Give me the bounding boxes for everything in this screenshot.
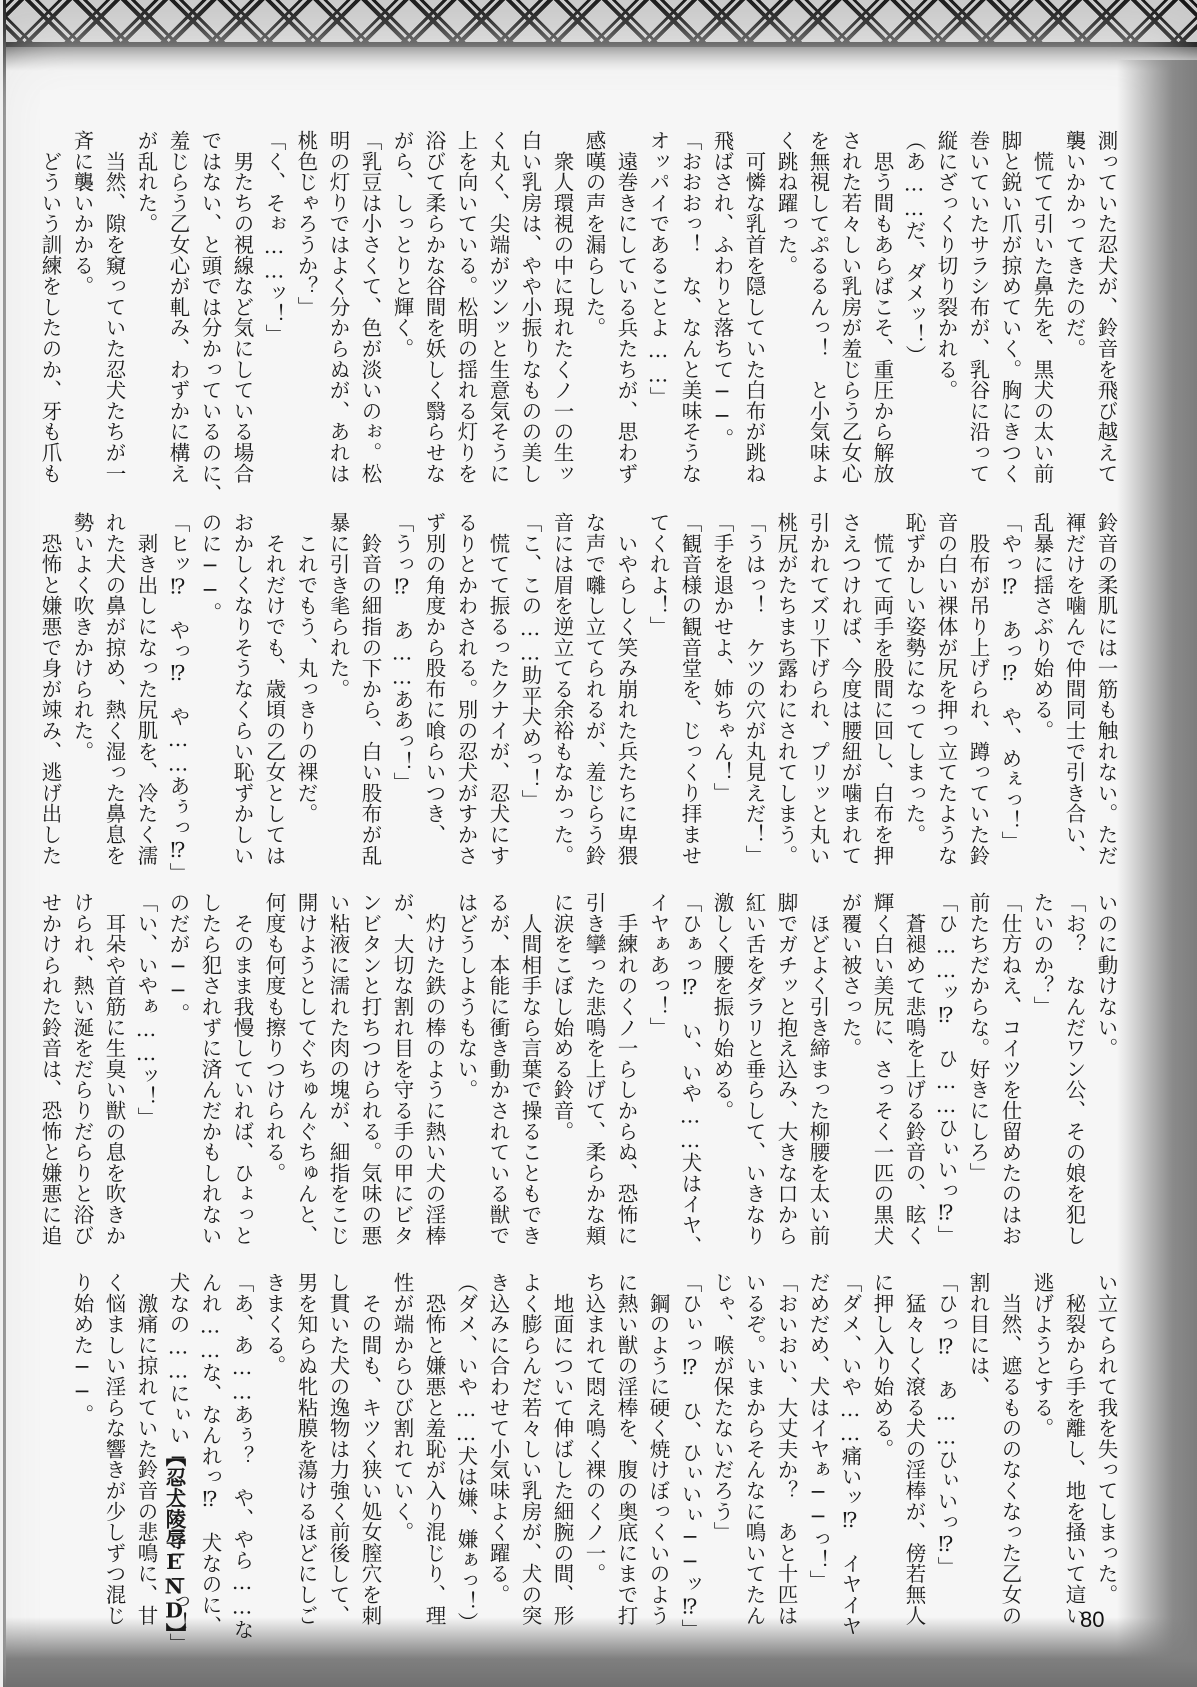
text-column: が乱れた。 (130, 130, 162, 502)
text-tier-2: 鈴音の柔肌には一筋も触れない。ただ褌だけを噛んで仲間同士で引き合い、乱暴に揺さぶ… (150, 512, 1122, 884)
text-column: 蒼褪めて悲鳴を上げる鈴音の、眩く (898, 892, 930, 1264)
text-column: てくれよ！」 (642, 512, 674, 884)
text-column: 「観音様の観音堂を、じっくり拝ませ (674, 512, 706, 884)
text-column: 「ダメ、いや……痛いッ⁉ イヤイヤ (834, 1272, 866, 1644)
text-column: その間も、キツく狭い処女膣穴を刺 (354, 1272, 386, 1644)
text-column: 激しく腰を振り始める。 (706, 892, 738, 1264)
text-column: ち込まれて悶え鳴く裸のくノ一。 (578, 1272, 610, 1644)
text-column: 猛々しく滾る犬の淫棒が、傍若無人 (898, 1272, 930, 1644)
text-column: 前たちだからな。好きにしろ」 (962, 892, 994, 1264)
text-column: いるぞ。いまからそんなに鳴いてたん (738, 1272, 770, 1644)
text-column: し貫いた犬の逸物は力強く前後して、 (322, 1272, 354, 1644)
text-column: 桃尻がたちまち露わにされてしまう。 (770, 512, 802, 884)
text-column: ンビタンと打ちつけられる。気味の悪 (354, 892, 386, 1264)
text-column: 「ヒッ⁉ やっ⁉ や……あぅっ⁉」 (162, 512, 194, 884)
text-column: イヤぁあっ！」 (642, 892, 674, 1264)
text-column: 可憐な乳首を隠していた白布が跳ね (738, 130, 770, 502)
text-column: 男を知らぬ牝粘膜を蕩けるほどにしご (290, 1272, 322, 1644)
text-column: 羞じらう乙女心が軋み、わずかに構え (162, 130, 194, 502)
text-column: された若々しい乳房が羞じらう乙女心 (834, 130, 866, 502)
text-column: これでもう、丸っきりの裸だ。 (290, 512, 322, 884)
diamond-lattice-header-border (6, 0, 1197, 47)
text-column: 引かれてズリ下げられ、プリッと丸い (802, 512, 834, 884)
text-column: い粘液に濡れた肉の塊が、細指をこじ (322, 892, 354, 1264)
text-column: ほどよく引き締まった柳腰を太い前 (802, 892, 834, 1264)
text-column: 「お？ なんだワン公、その娘を犯し (1058, 892, 1090, 1264)
text-column: 音の白い裸体が尻を押っ立てたような (930, 512, 962, 884)
text-column: ず別の角度から股布に喰らいつき、 (418, 512, 450, 884)
text-column: 人間相手なら言葉で操ることもでき (514, 892, 546, 1264)
text-column: ではない、と頭では分かっているのに、 (194, 130, 226, 502)
text-column: それだけでも、歳頃の乙女としては (258, 512, 290, 884)
text-column: 性が端からひび割れていく。 (386, 1272, 418, 1644)
text-column: を無視してぷるるんっ！ と小気味よ (802, 130, 834, 502)
text-column: 斉に襲いかかる。 (66, 130, 98, 502)
text-column: 灼けた鉄の棒のように熱い犬の淫棒 (418, 892, 450, 1264)
text-column: が覆い被さった。 (834, 892, 866, 1264)
text-column: はどうしようもない。 (450, 892, 482, 1264)
text-column: 思う間もあらばこそ、重圧から解放 (866, 130, 898, 502)
text-column: 当然、遮るもののなくなった乙女の (994, 1272, 1026, 1644)
text-column: 脚と鋭い爪が掠めていく。胸にきつく (994, 130, 1026, 502)
text-tier-4: い立てられて我を失ってしまった。 秘裂から手を離し、地を掻いて這い逃げようとする… (150, 1272, 1122, 1644)
text-column: したら犯されずに済んだかもしれない (194, 892, 226, 1264)
text-column: 割れ目には、 (962, 1272, 994, 1644)
text-column: 衆人環視の中に現れたくノ一の生ッ (546, 130, 578, 502)
text-column: （ダメ、いや……犬は嫌、嫌ぁっ！） (450, 1272, 482, 1644)
text-tier-1: 測っていた忍犬が、鈴音を飛び越えて襲いかかってきたのだ。 慌てて引いた鼻先を、黒… (150, 130, 1122, 502)
text-column: いのに動けない。 (1090, 892, 1122, 1264)
text-column: るりとかわされる。別の忍犬がすかさ (450, 512, 482, 884)
text-column: せかけられた鈴音は、恐怖と嫌悪に追 (34, 892, 66, 1264)
text-column: 「うはっ！ ケツの穴が丸見えだ！」 (738, 512, 770, 884)
header-shadow (6, 47, 1197, 71)
text-column: れた犬の鼻が掠め、熱く湿った鼻息を (98, 512, 130, 884)
right-vignette (1117, 60, 1197, 1687)
text-column: 鈴音の柔肌には一筋も触れない。ただ (1090, 512, 1122, 884)
end-mark: 【忍犬陵辱END】 (150, 1446, 190, 1644)
text-column: 「こ、この……助平犬めっ！」 (514, 512, 546, 884)
text-column: 浴びて柔らかな谷間を妖しく翳らせな (418, 130, 450, 502)
text-column: きまくる。 (258, 1272, 290, 1644)
text-column: に涙をこぼし始める鈴音。 (546, 892, 578, 1264)
text-column: 「ひ……ッ⁉ ひ……ひぃいっ⁉」 (930, 892, 962, 1264)
text-column: オッパイであることよ……」 (642, 130, 674, 502)
text-column: 「おおおっ！ な、なんと美味そうな (674, 130, 706, 502)
text-column: 手練れのくノ一らしからぬ、恐怖に (610, 892, 642, 1264)
text-column: 当然、隙を窺っていた忍犬たちが一 (98, 130, 130, 502)
text-column: 「く、そぉ……ッ！」 (258, 130, 290, 502)
text-column: 脚でガチッと抱え込み、大きな口から (770, 892, 802, 1264)
text-column: 桃色じゃろうか？」 (290, 130, 322, 502)
text-column: じゃ、喉が保たないだろう」 (706, 1272, 738, 1644)
text-column: 「乳豆は小さくて、色が淡いのぉ。松 (354, 130, 386, 502)
text-column: 「い、いやぁ……ッ！」 (130, 892, 162, 1264)
text-column: 感嘆の声を漏らした。 (578, 130, 610, 502)
text-column: く跳ね躍った。 (770, 130, 802, 502)
text-column: 巻いていたサラシ布が、乳谷に沿って (962, 130, 994, 502)
left-border-line (3, 0, 6, 1687)
text-column: 褌だけを噛んで仲間同士で引き合い、 (1058, 512, 1090, 884)
text-column: 「手を退かせよ、姉ちゃん！」 (706, 512, 738, 884)
text-column: 股布が吊り上げられ、蹲っていた鈴 (962, 512, 994, 884)
text-column: 測っていた忍犬が、鈴音を飛び越えて (1090, 130, 1122, 502)
text-column: 「ひぃっ⁉ ひ、ひぃいぃ──ッ⁉」 (674, 1272, 706, 1644)
text-column: 鈴音の細指の下から、白い股布が乱 (354, 512, 386, 884)
text-column: 何度も何度も擦りつけられる。 (258, 892, 290, 1264)
text-column: 「あ、あ……あぅ？ や、やら……な (226, 1272, 258, 1644)
text-column: 「やっ⁉ あっ⁉ や、めぇっ！」 (994, 512, 1026, 884)
text-column: な声で囃し立てられるが、羞じらう鈴 (578, 512, 610, 884)
text-column: 乱暴に揺さぶり始める。 (1026, 512, 1058, 884)
text-column: 「ひぁっ⁉ い、いや……犬はイヤ、 (674, 892, 706, 1264)
text-column: 慌てて振るったクナイが、忍犬にす (482, 512, 514, 884)
text-column: 男たちの視線など気にしている場合 (226, 130, 258, 502)
text-column: 慌てて両手を股間に回し、白布を押 (866, 512, 898, 884)
text-column: だめだめ、犬はイヤぁ──っ！」 (802, 1272, 834, 1644)
text-column: 上を向いている。松明の揺れる灯りを (450, 130, 482, 502)
text-column: いやらしく笑み崩れた兵たちに卑猥 (610, 512, 642, 884)
text-tier-3: いのに動けない。「お？ なんだワン公、その娘を犯したいのか？」「仕方ねえ、コイツ… (150, 892, 1122, 1264)
text-column: に押し入り始める。 (866, 1272, 898, 1644)
text-column: 恐怖と嫌悪と羞恥が入り混じり、理 (418, 1272, 450, 1644)
text-column: 恥ずかしい姿勢になってしまった。 (898, 512, 930, 884)
text-column: 逃げようとする。 (1026, 1272, 1058, 1644)
text-column: どういう訓練をしたのか、牙も爪も (34, 130, 66, 502)
text-column: がら、しっとりと輝く。 (386, 130, 418, 502)
text-column: に熱い獣の淫棒を、腹の奥底にまで打 (610, 1272, 642, 1644)
text-column: 秘裂から手を離し、地を掻いて這い (1058, 1272, 1090, 1644)
text-column: 音には眉を逆立てる余裕もなかった。 (546, 512, 578, 884)
text-column: のだが──。 (162, 892, 194, 1264)
text-column: よく膨らんだ若々しい乳房が、犬の突 (514, 1272, 546, 1644)
text-column: 鋼のように硬く焼けぼっくいのよう (642, 1272, 674, 1644)
text-column: く丸く、尖端がツンッと生意気そうに (482, 130, 514, 502)
text-column: が、大切な割れ目を守る手の甲にビタ (386, 892, 418, 1264)
text-column: 慌てて引いた鼻先を、黒犬の太い前 (1026, 130, 1058, 502)
page-number: 80 (1080, 1607, 1104, 1633)
text-column: 「仕方ねえ、コイツを仕留めたのはお (994, 892, 1026, 1264)
text-column: り始めた──。 (66, 1272, 98, 1644)
text-column: おかしくなりそうなくらい恥ずかしい (226, 512, 258, 884)
text-column: のに──。 (194, 512, 226, 884)
text-column: たいのか？」 (1026, 892, 1058, 1264)
text-column: 明の灯りではよく分からぬが、あれは (322, 130, 354, 502)
text-column: 「ひっ⁉ あ……ひぃいっ⁉」 (930, 1272, 962, 1644)
text-column: 勢いよく吹きかけられた。 (66, 512, 98, 884)
text-column: 剥き出しになった尻肌を、冷たく濡 (130, 512, 162, 884)
text-column: （あ……だ、ダメッ！） (898, 130, 930, 502)
text-column: るが、本能に衝き動かされている獣で (482, 892, 514, 1264)
text-column: 飛ばされ、ふわりと落ちて──。 (706, 130, 738, 502)
text-column: んれ……な、なんれっ⁉ 犬なのに、 (194, 1272, 226, 1644)
text-column: い立てられて我を失ってしまった。 (1090, 1272, 1122, 1644)
text-column: 輝く白い美尻に、さっそく一匹の黒犬 (866, 892, 898, 1264)
end-mark-column: 【忍犬陵辱END】 (150, 1272, 190, 1644)
text-column: 「おいおい、大丈夫か？ あと十匹は (770, 1272, 802, 1644)
text-column: 白い乳房は、やや小振りなものの美し (514, 130, 546, 502)
text-column: 暴に引き毟られた。 (322, 512, 354, 884)
text-column: 耳朵や首筋に生臭い獣の息を吹きか (98, 892, 130, 1264)
text-column: けられ、熱い涎をだらりだらりと浴び (66, 892, 98, 1264)
text-column: く悩ましい淫らな響きが少しずつ混じ (98, 1272, 130, 1644)
text-column: さえつければ、今度は腰紐が噛まれて (834, 512, 866, 884)
text-column: 「うっ⁉ あ……ああっ！」 (386, 512, 418, 884)
text-column: き込みに合わせて小気味よく躍る。 (482, 1272, 514, 1644)
text-column: 開けようとしてぐちゅんぐちゅんと、 (290, 892, 322, 1264)
text-column: 紅い舌をダラリと垂らして、いきなり (738, 892, 770, 1264)
text-column: そのまま我慢していれば、ひょっと (226, 892, 258, 1264)
text-column: 縦にざっくり切り裂かれる。 (930, 130, 962, 502)
text-column: 地面について伸ばした細腕の間、形 (546, 1272, 578, 1644)
text-column: 引き攣った悲鳴を上げて、柔らかな頬 (578, 892, 610, 1264)
text-column: 襲いかかってきたのだ。 (1058, 130, 1090, 502)
text-column: 恐怖と嫌悪で身が竦み、逃げ出した (34, 512, 66, 884)
text-column: 遠巻きにしている兵たちが、思わず (610, 130, 642, 502)
